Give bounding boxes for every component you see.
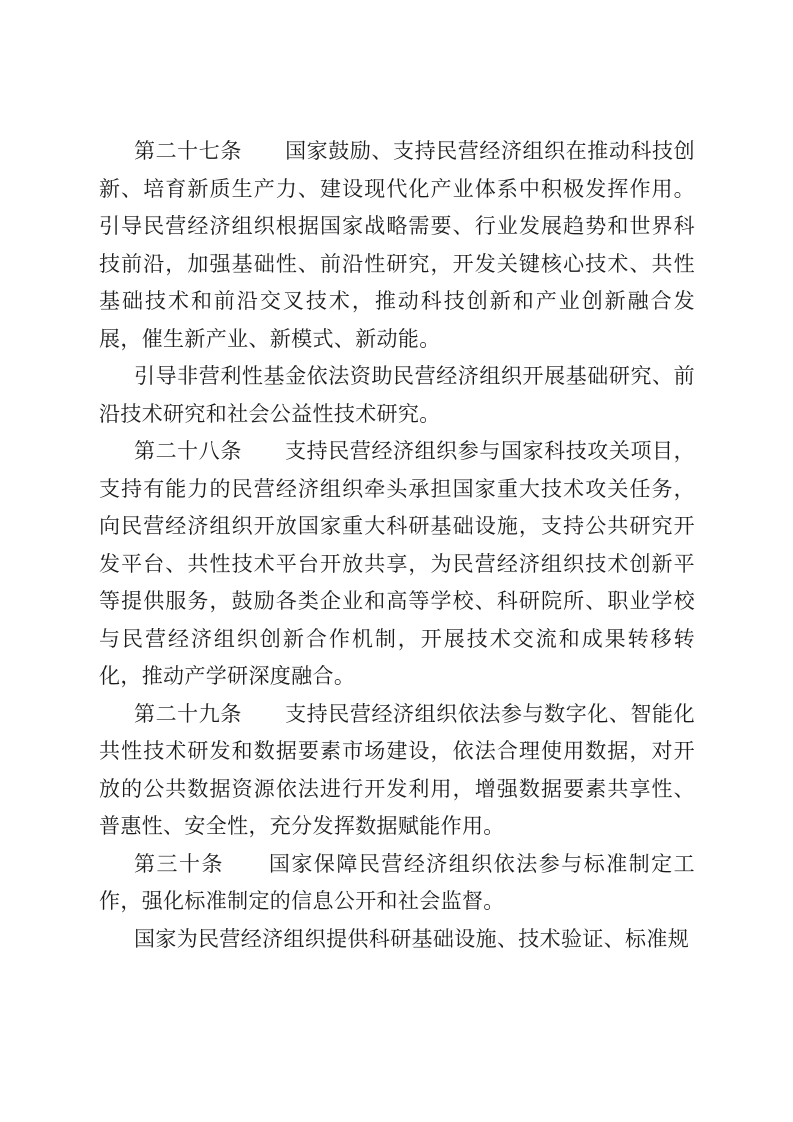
document-body: 第二十七条 国家鼓励、支持民营经济组织在推动科技创新、培育新质生产力、建设现代化… <box>99 133 695 958</box>
article-28-paragraph: 第二十八条 支持民营经济组织参与国家科技攻关项目，支持有能力的民营经济组织牵头承… <box>99 433 695 696</box>
article-30-paragraph-2-truncated: 国家为民营经济组织提供科研基础设施、技术验证、标准规 <box>99 921 695 959</box>
article-30-paragraph-1: 第三十条 国家保障民营经济组织依法参与标准制定工作，强化标准制定的信息公开和社会… <box>99 846 695 921</box>
article-29-paragraph: 第二十九条 支持民营经济组织依法参与数字化、智能化共性技术研发和数据要素市场建设… <box>99 696 695 846</box>
article-27-paragraph-1: 第二十七条 国家鼓励、支持民营经济组织在推动科技创新、培育新质生产力、建设现代化… <box>99 133 695 358</box>
document-page: 第二十七条 国家鼓励、支持民营经济组织在推动科技创新、培育新质生产力、建设现代化… <box>0 0 793 1122</box>
article-27-paragraph-2: 引导非营利性基金依法资助民营经济组织开展基础研究、前沿技术研究和社会公益性技术研… <box>99 358 695 433</box>
